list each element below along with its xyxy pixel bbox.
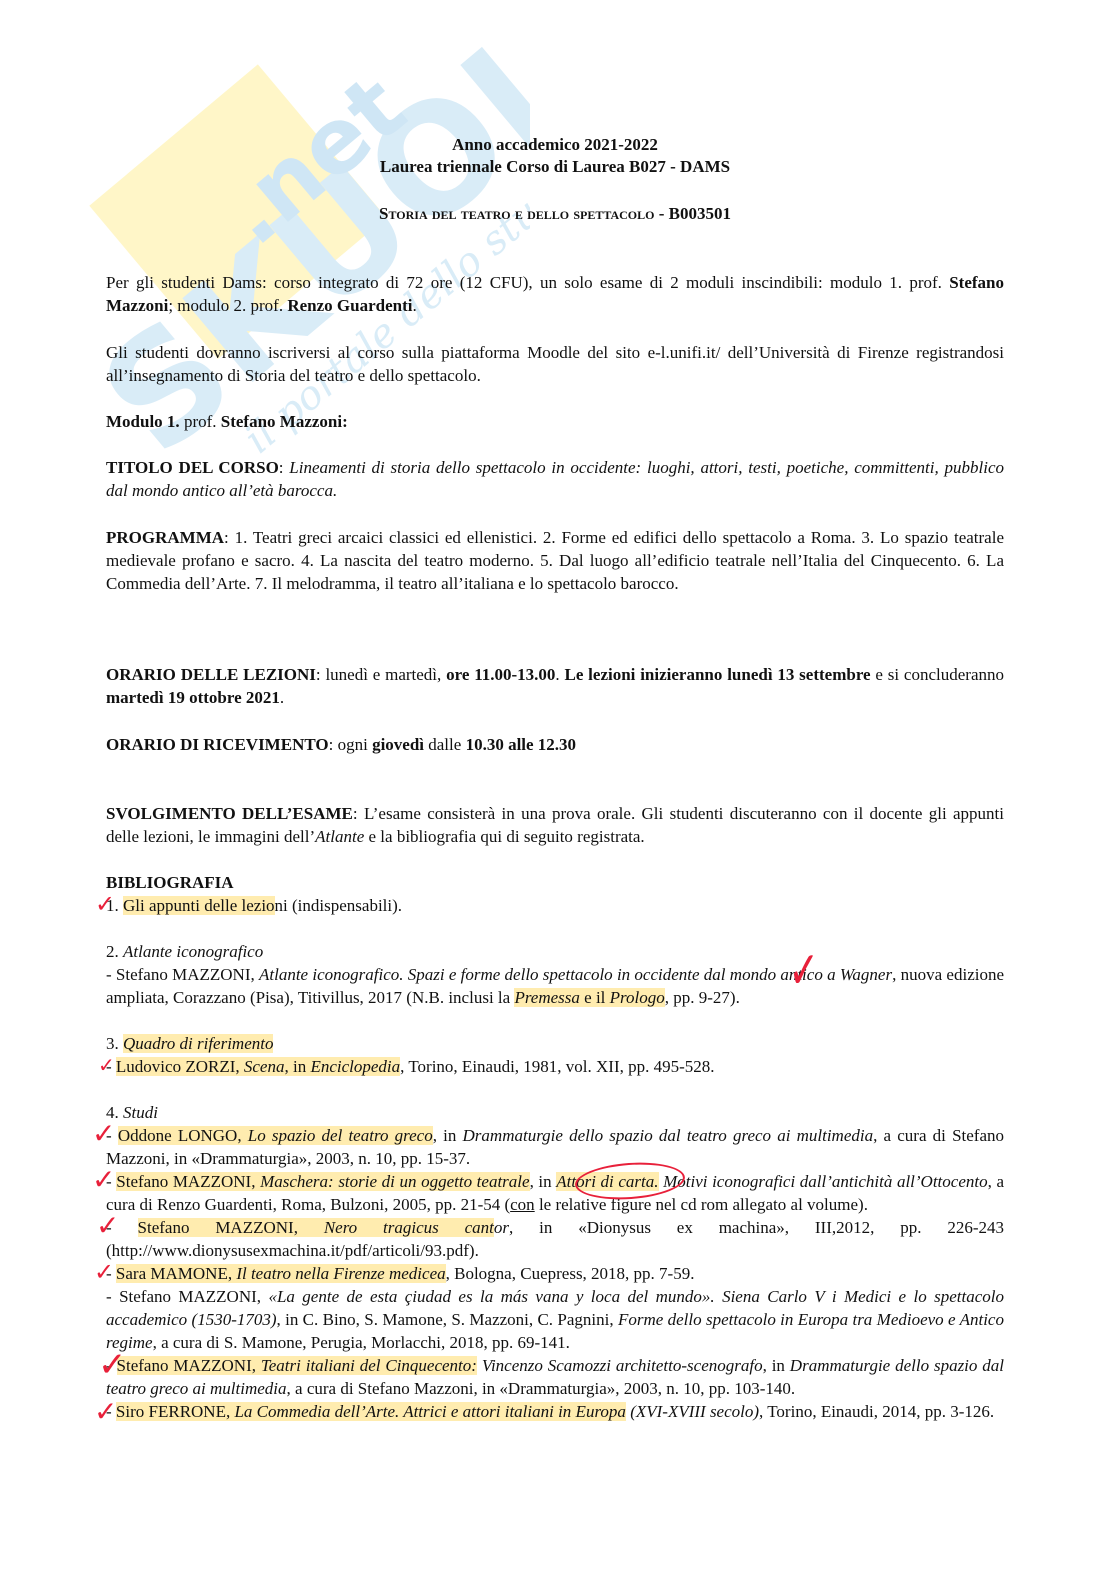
- bib-item-1: 1. Gli appunti delle lezioni (indispensa…: [106, 894, 1004, 917]
- bib-item-nero: - Stefano MAZZONI, Nero tragicus cantor,…: [106, 1216, 1004, 1262]
- exam-section: SVOLGIMENTO DELL’ESAME: L’esame consiste…: [106, 802, 1004, 848]
- bib-item-zorzi: - Ludovico ZORZI, Scena, in Enciclopedia…: [106, 1055, 1004, 1078]
- check-mark-icon: ✓: [94, 1398, 117, 1426]
- moodle-paragraph: Gli studenti dovranno iscriversi al cors…: [106, 341, 1004, 387]
- svg-text:SKUOLA: SKUOLA: [71, 40, 530, 460]
- bib-section-3-heading: 3. Quadro di riferimento: [106, 1032, 1004, 1055]
- bib-item-ferrone: - Siro FERRONE, La Commedia dell’Arte. A…: [106, 1400, 1004, 1423]
- course-title: Storia del teatro e dello spettacolo - B…: [106, 204, 1004, 224]
- lesson-schedule: ORARIO DELLE LEZIONI: lunedì e martedì, …: [106, 663, 1004, 709]
- bib-item-mamone: - Sara MAMONE, Il teatro nella Firenze m…: [106, 1262, 1004, 1285]
- bib-item-longo: - Oddone LONGO, Lo spazio del teatro gre…: [106, 1124, 1004, 1170]
- bibliography-heading: BIBLIOGRAFIA: [106, 871, 1004, 894]
- bib-item-gente: - Stefano MAZZONI, «La gente de esta çiu…: [106, 1285, 1004, 1354]
- check-mark-icon: ✓: [98, 1348, 127, 1382]
- bib-section-4-heading: 4. Studi: [106, 1101, 1004, 1124]
- check-mark-icon: ✓: [95, 892, 115, 916]
- academic-year: Anno accademico 2021-2022: [106, 135, 1004, 155]
- skuola-watermark: SKUOLA .net il portale dello studente: [10, 40, 530, 460]
- check-mark-icon: ✓: [92, 1120, 115, 1148]
- check-mark-icon: ✓: [92, 1166, 115, 1194]
- module-heading: Modulo 1. prof. Stefano Mazzoni:: [106, 410, 1004, 433]
- bib-item-atlante: - Stefano MAZZONI, Atlante iconografico.…: [106, 963, 1004, 1009]
- bib-section-2-heading: 2. Atlante iconografico: [106, 940, 1004, 963]
- course-title-section: TITOLO DEL CORSO: Lineamenti di storia d…: [106, 456, 1004, 502]
- check-mark-icon: ✓: [789, 945, 820, 997]
- check-mark-icon: ✓: [94, 1260, 114, 1284]
- intro-paragraph: Per gli studenti Dams: corso integrato d…: [106, 271, 1004, 317]
- bib-item-maschera: - Stefano MAZZONI, Maschera: storie di u…: [106, 1170, 1004, 1216]
- degree-course: Laurea triennale Corso di Laurea B027 - …: [106, 157, 1004, 177]
- office-hours: ORARIO DI RICEVIMENTO: ogni giovedì dall…: [106, 733, 1004, 756]
- program-section: PROGRAMMA: 1. Teatri greci arcaici class…: [106, 526, 1004, 595]
- check-mark-icon: ✓: [98, 1055, 115, 1075]
- check-mark-icon: ✓: [96, 1212, 119, 1240]
- bib-item-scamozzi: - Stefano MAZZONI, Teatri italiani del C…: [106, 1354, 1004, 1400]
